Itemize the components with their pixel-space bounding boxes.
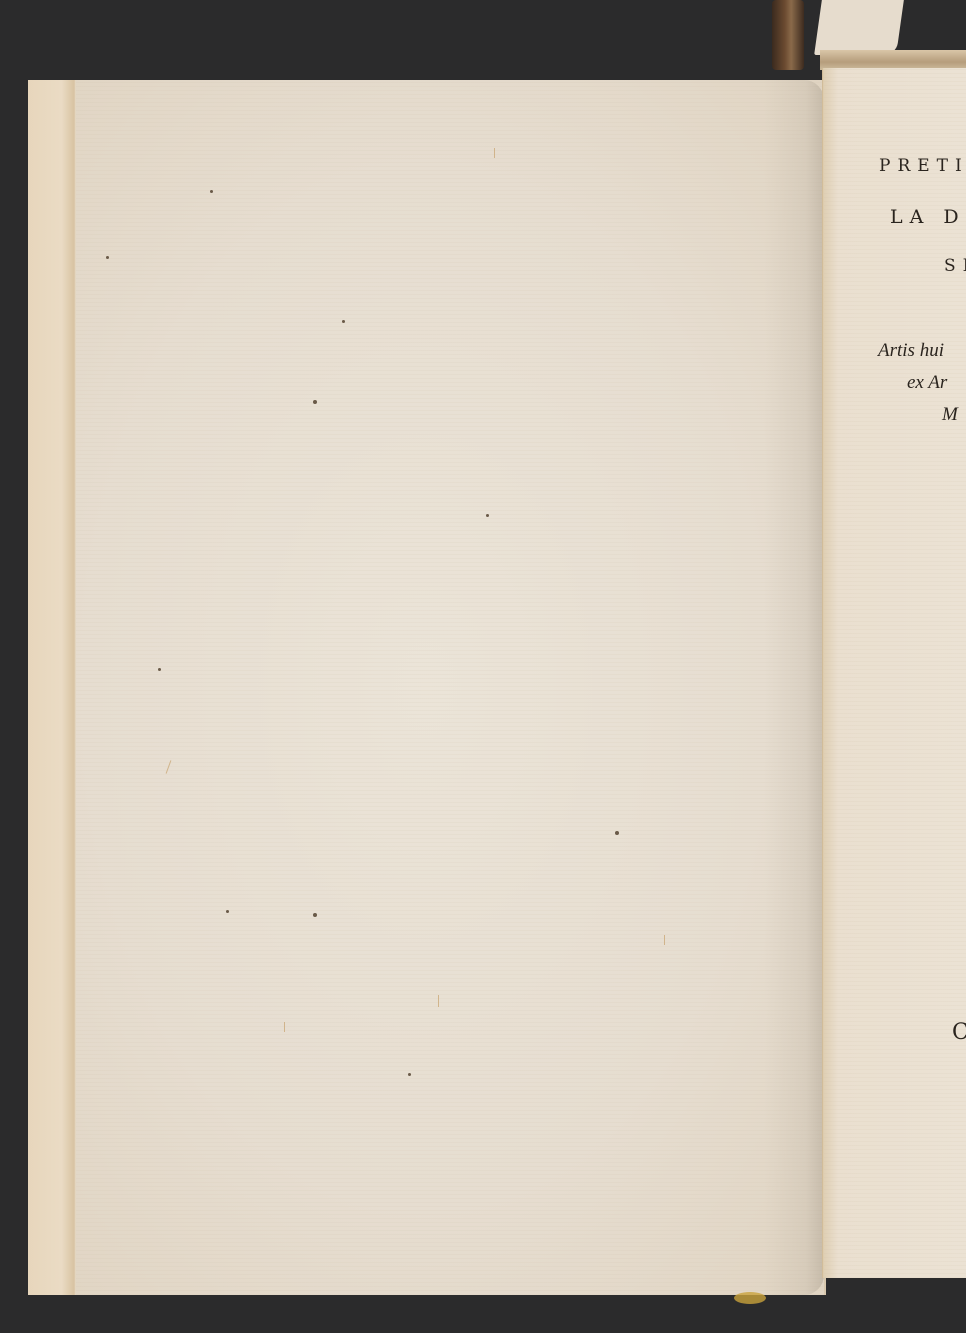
blank-left-page [28,80,824,1295]
imprint-line-3: M [942,404,958,426]
paper-speck [615,831,619,835]
paper-speck [106,256,109,259]
title-page-partial: PRETI LA D SI Artis hui ex Ar M C [824,68,966,1278]
paper-fiber [664,935,665,945]
paper-fiber [438,995,439,1007]
paper-speck [158,668,161,671]
imprint-line-2: ex Ar [907,372,947,394]
paper-speck [210,190,213,193]
paper-speck [313,400,317,404]
book-clasp [734,1292,766,1304]
paper-speck [408,1073,411,1076]
paper-fiber [494,148,495,158]
imprint-line-1: Artis hui [878,340,944,362]
paper-speck [486,514,489,517]
title-line-2: LA D [890,206,966,228]
title-line-3: SI [944,256,966,276]
bottom-letter: C [952,1020,966,1045]
page-stack-edge [820,50,966,70]
paper-speck [313,913,317,917]
paper-fiber [166,760,172,773]
paper-fiber [284,1022,285,1032]
paper-speck [226,910,229,913]
paper-tab [814,0,904,55]
paper-speck [342,320,345,323]
title-line-1: PRETI [879,156,966,176]
book-binding-cord [772,0,804,70]
